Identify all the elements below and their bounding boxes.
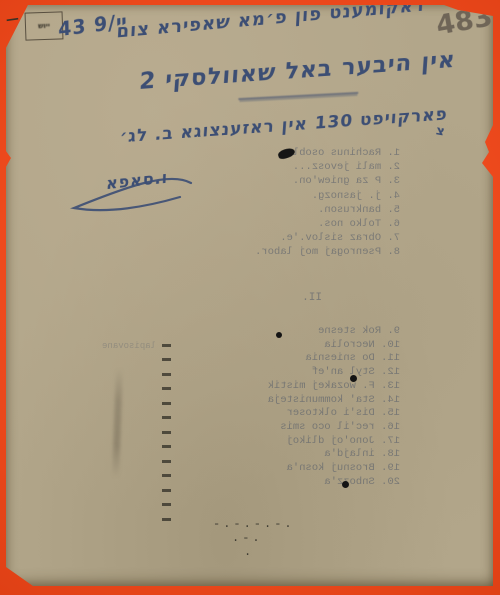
separator-row-2: .-. (232, 532, 263, 544)
tick-mark (162, 445, 171, 448)
typed-list-1: 1. Rachinus osoble. 2. mali jevosz... 3.… (228, 146, 400, 260)
ink-dot (342, 481, 349, 488)
tick-mark (162, 402, 171, 405)
typed-line: 1. Rachinus osoble. (228, 146, 400, 160)
tick-mark (162, 416, 171, 419)
typed-line: 3. P za gniew'on. (228, 174, 400, 188)
typed-line: 4. j. jasnozg. (228, 189, 400, 203)
typed-line: 12. Styl an'ef (218, 366, 400, 380)
tick-mark (162, 373, 171, 376)
tick-mark (162, 518, 171, 521)
margin-dash-mark: — (5, 12, 20, 27)
typed-line: 16. rec'il oco smis (218, 421, 400, 435)
typed-line: 18. inlajd'a (218, 448, 400, 462)
handwritten-line-1: דאקומענט פון פ׳מא שאפירא צום (118, 0, 426, 41)
typed-line: 19. Brosnuj kosn'a (218, 462, 400, 476)
document-paper: ייוש 483, 43 9/ײ דאקומענט פון פ׳מא שאפיר… (6, 5, 493, 586)
tick-mark (162, 474, 171, 477)
separator-row-1: -.-.-.-. (213, 518, 295, 530)
typed-line: 13. F. wozakej mistik (218, 380, 400, 394)
handwritten-line-3: פארקויפט 130 אין ראזענצוגא ב. לג׳ (148, 106, 448, 144)
typed-line: 20. Snbozz'a (218, 476, 400, 490)
typed-line: 8. Psenrogaj moj labor. (228, 245, 400, 259)
typed-list-2-header: II. (218, 292, 322, 305)
photo-frame-background: — ייוש 483, 43 9/ײ דאקומענט פון פ׳מא שאפ… (0, 0, 500, 595)
typed-line: 2. mali jevosz... (228, 160, 400, 174)
typed-line: 9. Rok stesne (218, 325, 400, 339)
page-number: 483, (434, 1, 500, 39)
typed-line: 7. Obraz sislov.'e. (228, 231, 400, 245)
typed-line: 14. Sta' kommunisteja (218, 394, 400, 408)
tick-mark (162, 431, 171, 434)
handwritten-note-mark: צ (435, 124, 447, 138)
tick-mark (162, 460, 171, 463)
typed-line: 5. bankruson. (228, 203, 400, 217)
crease-mark (112, 368, 123, 478)
tick-mark (162, 387, 171, 390)
separator-row-3: . (244, 546, 254, 558)
typed-list-2: II. 9. Rok stesne 10. Necrolia 11. Do sn… (218, 292, 400, 489)
left-bleed-text: lapisovane (72, 342, 156, 351)
ink-dot (276, 332, 282, 338)
typed-line: 10. Necrolia (218, 339, 400, 353)
typed-line: 11. Do sniesnia (218, 352, 400, 366)
tick-mark (162, 489, 171, 492)
tick-mark (162, 503, 171, 506)
typed-line: 17. Jono'oj dlikoj (218, 435, 400, 449)
typed-line: 6. Tolko nos. (228, 217, 400, 231)
typed-line: 15. Dis'i olktoser (218, 407, 400, 421)
ink-dot (350, 375, 357, 382)
archive-stamp-text: ייוש (38, 22, 50, 29)
tick-mark (162, 344, 171, 347)
tick-mark (162, 358, 171, 361)
